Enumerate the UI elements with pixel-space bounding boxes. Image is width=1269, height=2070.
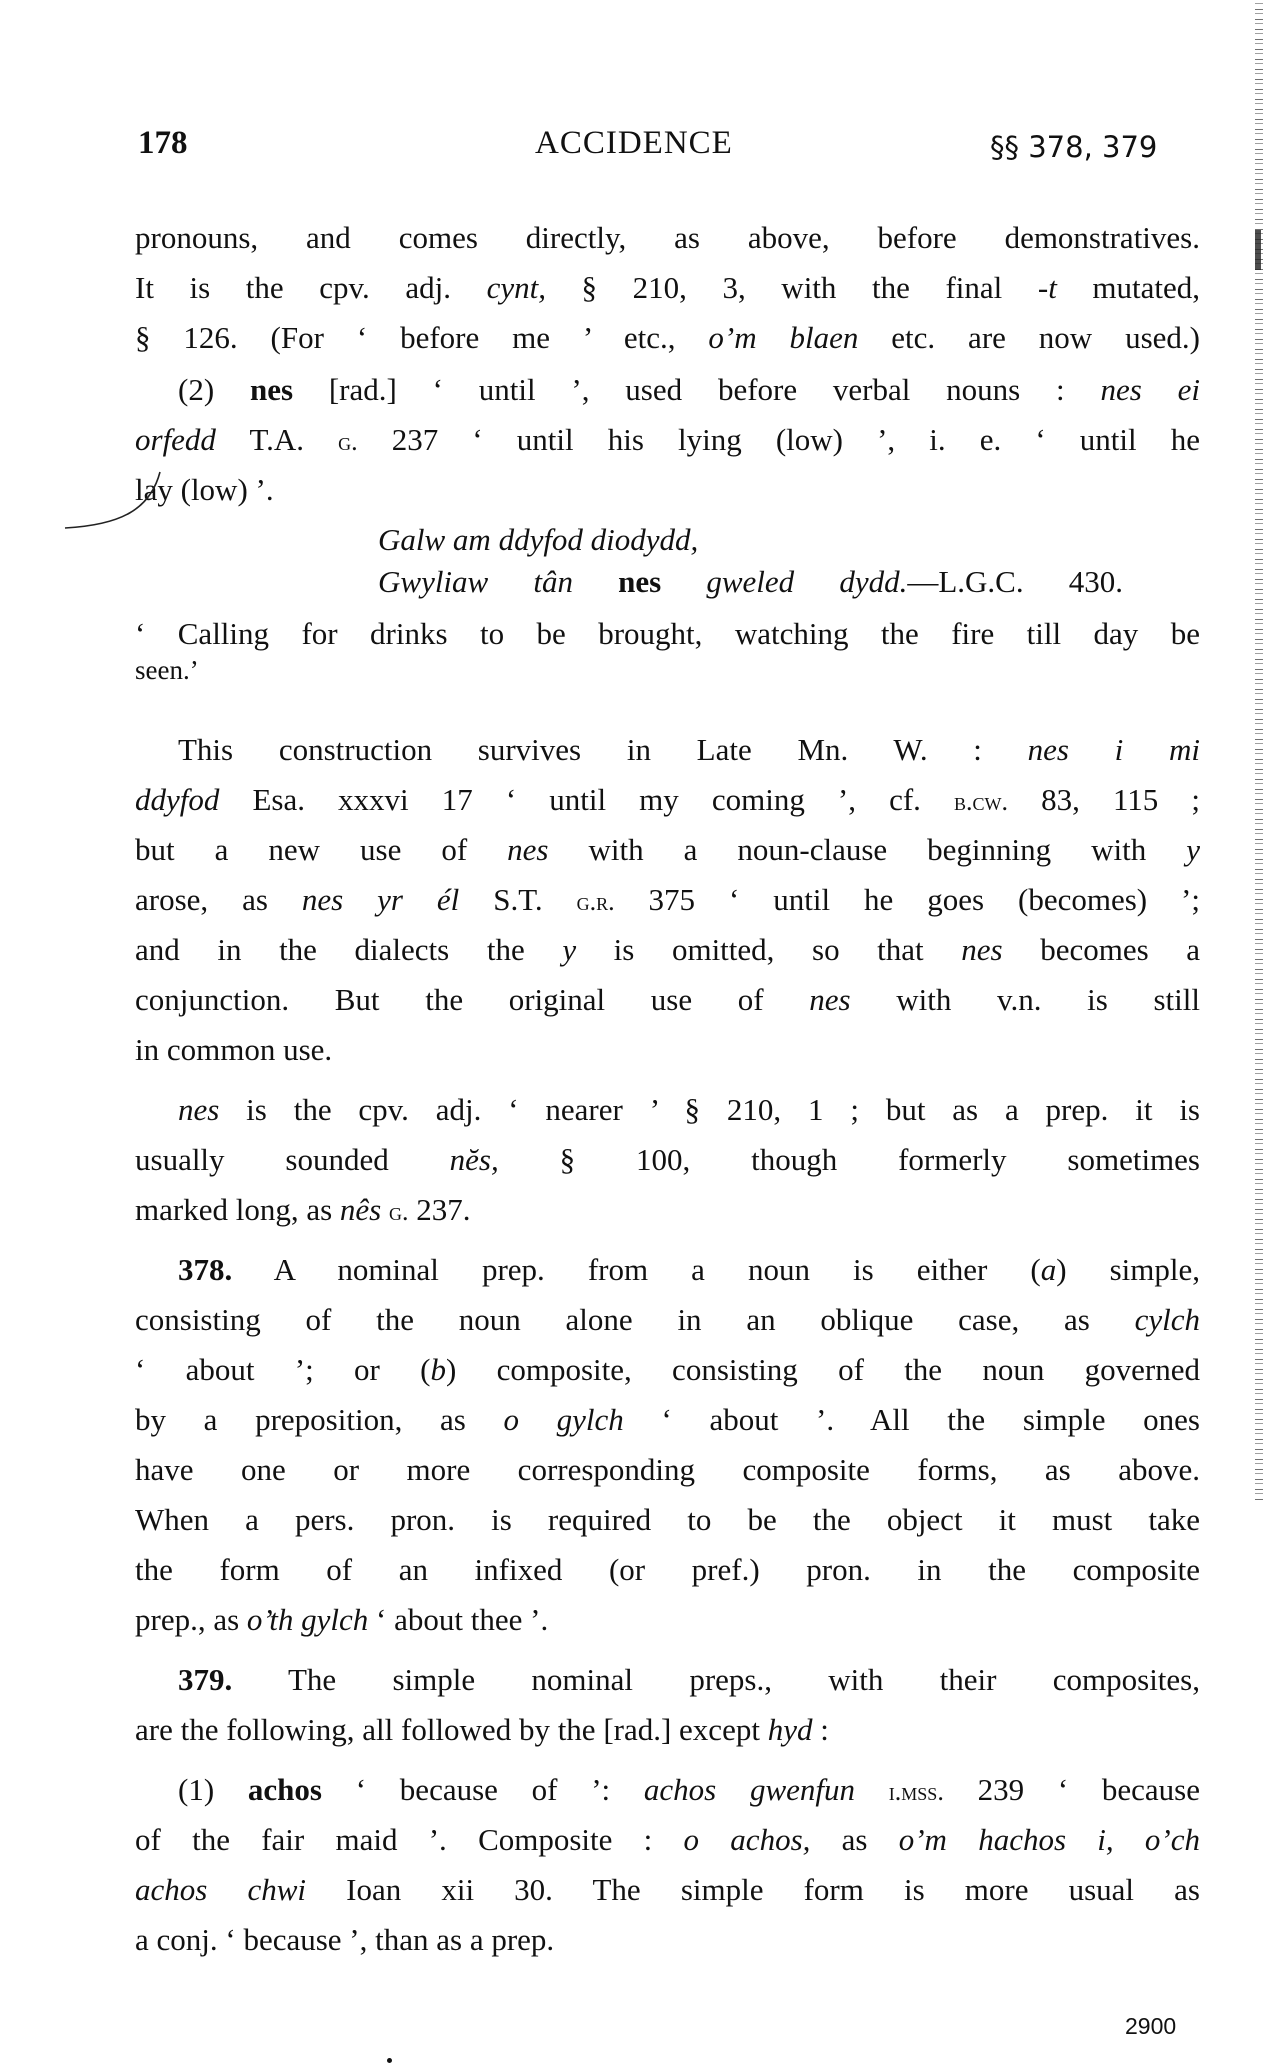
- text-line: (1) achos ‘ because of ’: achos gwenfun …: [178, 1770, 1200, 1812]
- text-span: is the cpv. adj. ‘ nearer ’ § 210, 1 ; b…: [219, 1092, 1200, 1127]
- text-span: ‘ about ’. All the simple ones: [624, 1402, 1200, 1437]
- text-span: mutated,: [1057, 270, 1200, 305]
- text-line: It is the cpv. adj. cynt, § 210, 3, with…: [135, 268, 1200, 308]
- text-line: orfedd T.A. g. 237 ‘ until his lying (lo…: [135, 420, 1200, 462]
- bold-text: nes: [250, 372, 293, 407]
- scanned-book-page: 178 ACCIDENCE §§ 378, 379 pronouns, and …: [0, 0, 1269, 2070]
- text-line: usually sounded nĕs, § 100, though forme…: [135, 1140, 1200, 1180]
- text-span: and in the dialects the: [135, 932, 562, 967]
- scan-speck: [387, 2058, 392, 2063]
- text-span: of the fair maid ’. Composite :: [135, 1822, 684, 1857]
- text-span: (1): [178, 1772, 248, 1807]
- section-reference: §§ 378, 379: [990, 130, 1157, 164]
- text-line: but a new use of nes with a noun-clause …: [135, 830, 1200, 870]
- text-line: and in the dialects the y is omitted, so…: [135, 930, 1200, 970]
- text-span: as: [810, 1822, 898, 1857]
- text-line: pronouns, and comes directly, as above, …: [135, 218, 1200, 258]
- italic-text: o’m hachos i, o’ch: [899, 1822, 1200, 1857]
- text-line: § 126. (For ‘ before me ’ etc., o’m blae…: [135, 318, 1200, 358]
- text-line: have one or more corresponding composite…: [135, 1450, 1200, 1490]
- text-span: § 210, 3, with the final: [546, 270, 1038, 305]
- italic-text: achos gwenfun: [644, 1772, 855, 1807]
- text-span: § 126. (For ‘ before me ’ etc.,: [135, 320, 708, 355]
- text-line: Gwyliaw tân nes gweled dydd.—L.G.C. 430.: [378, 562, 1123, 602]
- text-span: etc. are now used.): [858, 320, 1200, 355]
- text-span: ‘ about ’; or (: [135, 1352, 430, 1387]
- text-span: 237 ‘ until his lying (low) ’, i. e. ‘ u…: [358, 422, 1200, 457]
- text-line: 379. The simple nominal preps., with the…: [178, 1660, 1200, 1700]
- text-span: Esa. xxxvi 17 ‘ until my coming ’, cf.: [219, 782, 954, 817]
- text-span: conjunction. But the original use of: [135, 982, 809, 1017]
- italic-text: nes: [809, 982, 850, 1017]
- text-line: ddyfod Esa. xxxvi 17 ‘ until my coming ’…: [135, 780, 1200, 822]
- text-line: nes is the cpv. adj. ‘ nearer ’ § 210, 1…: [178, 1090, 1200, 1130]
- text-span: prep., as: [135, 1602, 247, 1637]
- text-span: :: [812, 1712, 828, 1747]
- italic-text: o’th gylch: [247, 1602, 368, 1637]
- text-line: ‘ Calling for drinks to be brought, watc…: [135, 614, 1200, 654]
- italic-text: -t: [1038, 270, 1057, 305]
- text-span: 83, 115 ;: [1008, 782, 1200, 817]
- text-line: ‘ about ’; or (b) composite, consisting …: [135, 1350, 1200, 1390]
- text-line: arose, as nes yr él S.T. g.r. 375 ‘ unti…: [135, 880, 1200, 922]
- smallcaps-text: g.: [389, 1197, 409, 1226]
- folio-number: 2900: [1125, 2013, 1176, 2040]
- text-span: arose, as: [135, 882, 302, 917]
- text-line: consisting of the noun alone in an obliq…: [135, 1300, 1200, 1340]
- text-line: conjunction. But the original use of nes…: [135, 980, 1200, 1020]
- text-span: with a noun-clause beginning with: [549, 832, 1187, 867]
- italic-text: cynt,: [487, 270, 546, 305]
- text-line: marked long, as nês g. 237.: [135, 1190, 1200, 1232]
- text-line: seen.’: [135, 650, 1200, 690]
- italic-text: nes: [961, 932, 1002, 967]
- text-span: A nominal prep. from a noun is either (: [232, 1252, 1040, 1287]
- text-line: lay (low) ’.: [135, 470, 1200, 510]
- bold-text: 379.: [178, 1662, 232, 1697]
- text-span: consisting of the noun alone in an obliq…: [135, 1302, 1135, 1337]
- scan-edge-dark-mark: [1255, 230, 1261, 270]
- text-span: usually sounded: [135, 1142, 450, 1177]
- text-span: marked long, as: [135, 1192, 340, 1227]
- bold-text: 378.: [178, 1252, 232, 1287]
- italic-text: ddyfod: [135, 782, 219, 817]
- smallcaps-text: g.r.: [577, 887, 615, 916]
- italic-text: nĕs,: [450, 1142, 499, 1177]
- italic-text: nes: [507, 832, 548, 867]
- smallcaps-text: b.cw.: [954, 787, 1008, 816]
- italic-text: nês: [340, 1192, 381, 1227]
- italic-text: o achos,: [684, 1822, 811, 1857]
- text-line: a conj. ‘ because ’, than as a prep.: [135, 1920, 1200, 1960]
- text-line: When a pers. pron. is required to be the…: [135, 1500, 1200, 1540]
- text-span: It is the cpv. adj.: [135, 270, 487, 305]
- text-line: (2) nes [rad.] ‘ until ’, used before ve…: [178, 370, 1200, 410]
- italic-text: nes i mi: [1028, 732, 1200, 767]
- text-span: in common use.: [135, 1032, 332, 1067]
- text-span: [381, 1192, 389, 1227]
- text-span: is omitted, so that: [576, 932, 961, 967]
- italic-text: o’m blaen: [708, 320, 858, 355]
- italic-text: b: [430, 1352, 446, 1387]
- text-span: 237.: [408, 1192, 470, 1227]
- italic-text: hyd: [768, 1712, 813, 1747]
- text-span: by a preposition, as: [135, 1402, 503, 1437]
- text-line: This construction survives in Late Mn. W…: [178, 730, 1200, 770]
- text-span: S.T.: [459, 882, 576, 917]
- text-span: 375 ‘ until he goes (becomes) ’;: [615, 882, 1200, 917]
- text-span: ) simple,: [1056, 1252, 1200, 1287]
- text-span: When a pers. pron. is required to be the…: [135, 1502, 1200, 1537]
- bold-text: achos: [248, 1772, 322, 1807]
- text-span: with v.n. is still: [851, 982, 1200, 1017]
- italic-text: achos chwi: [135, 1872, 306, 1907]
- text-span: ‘ about thee ’.: [368, 1602, 548, 1637]
- italic-text: y: [562, 932, 576, 967]
- text-line: the form of an infixed (or pref.) pron. …: [135, 1550, 1200, 1590]
- italic-text: nes ei: [1100, 372, 1200, 407]
- italic-text: gweled dydd.: [706, 564, 907, 599]
- running-title: ACCIDENCE: [535, 125, 733, 162]
- bold-text: nes: [573, 564, 706, 599]
- text-line: prep., as o’th gylch ‘ about thee ’.: [135, 1600, 1200, 1640]
- text-line: 378. A nominal prep. from a noun is eith…: [178, 1250, 1200, 1290]
- italic-text: Gwyliaw tân: [378, 564, 573, 599]
- italic-text: a: [1041, 1252, 1057, 1287]
- text-span: ‘ because of ’:: [322, 1772, 644, 1807]
- text-span: have one or more corresponding composite…: [135, 1452, 1200, 1487]
- text-span: The simple nominal preps., with their co…: [232, 1662, 1200, 1697]
- italic-text: y: [1186, 832, 1200, 867]
- text-line: Galw am ddyfod diodydd,: [378, 520, 698, 560]
- text-span: but a new use of: [135, 832, 507, 867]
- text-span: § 100, though formerly sometimes: [499, 1142, 1200, 1177]
- text-line: achos chwi Ioan xii 30. The simple form …: [135, 1870, 1200, 1910]
- text-span: a conj. ‘ because ’, than as a prep.: [135, 1922, 554, 1957]
- text-span: are the following, all followed by the […: [135, 1712, 768, 1747]
- scan-edge-shadow: [1255, 0, 1263, 1500]
- text-span: [rad.] ‘ until ’, used before verbal nou…: [293, 372, 1100, 407]
- page-number: 178: [138, 125, 188, 162]
- text-span: T.A.: [216, 422, 338, 457]
- text-line: are the following, all followed by the […: [135, 1710, 1200, 1750]
- italic-text: nes: [178, 1092, 219, 1127]
- smallcaps-text: g.: [338, 427, 358, 456]
- handwritten-margin-stroke: [60, 470, 170, 550]
- text-span: becomes a: [1003, 932, 1200, 967]
- text-span: ) composite, consisting of the noun gove…: [446, 1352, 1200, 1387]
- text-span: (2): [178, 372, 250, 407]
- text-span: 239 ‘ because: [944, 1772, 1200, 1807]
- text-span: [855, 1772, 889, 1807]
- italic-text: Galw am ddyfod diodydd,: [378, 522, 698, 557]
- text-line: by a preposition, as o gylch ‘ about ’. …: [135, 1400, 1200, 1440]
- italic-text: orfedd: [135, 422, 216, 457]
- text-line: in common use.: [135, 1030, 1200, 1070]
- text-span: —L.G.C. 430.: [907, 564, 1123, 599]
- text-span: This construction survives in Late Mn. W…: [178, 732, 1028, 767]
- text-line: of the fair maid ’. Composite : o achos,…: [135, 1820, 1200, 1860]
- text-span: ‘ Calling for drinks to be brought, watc…: [135, 616, 1200, 651]
- text-span: Ioan xii 30. The simple form is more usu…: [306, 1872, 1200, 1907]
- italic-text: nes yr él: [302, 882, 459, 917]
- italic-text: o gylch: [503, 1402, 623, 1437]
- italic-text: cylch: [1135, 1302, 1200, 1337]
- smallcaps-text: i.mss.: [889, 1777, 944, 1806]
- text-span: pronouns, and comes directly, as above, …: [135, 220, 1200, 255]
- text-span: the form of an infixed (or pref.) pron. …: [135, 1552, 1200, 1587]
- text-span: seen.’: [135, 655, 199, 685]
